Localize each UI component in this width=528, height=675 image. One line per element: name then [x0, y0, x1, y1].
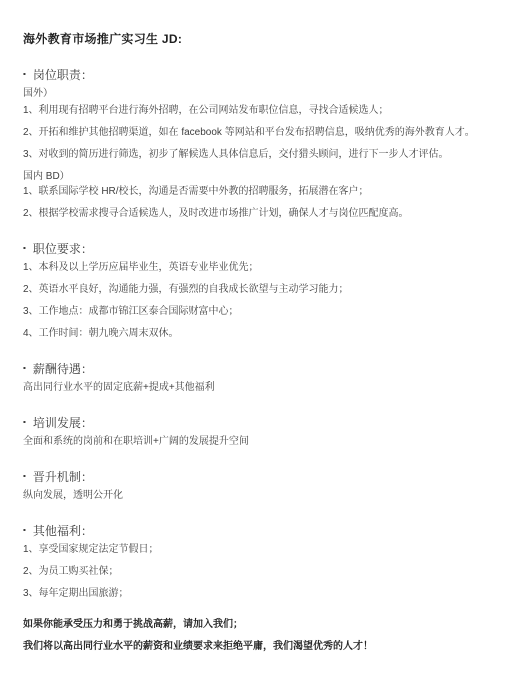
square-bullet-icon: ▪: [23, 473, 26, 481]
section-heading-label: 职位要求：: [33, 242, 93, 256]
section-heading-training: ▪ 培训发展：: [23, 416, 504, 430]
subheading-domestic-bd: 国内 BD）: [23, 170, 504, 183]
list-item: 1、本科及以上学历应届毕业生，英语专业毕业优先；: [23, 261, 504, 274]
closing-line-1: 如果你能承受压力和勇于挑战高薪，请加入我们；: [23, 618, 504, 631]
section-heading-label: 薪酬待遇：: [33, 362, 93, 376]
list-item: 1、联系国际学校 HR/校长，沟通是否需要中外教的招聘服务，拓展潜在客户；: [23, 185, 504, 198]
paragraph: 全面和系统的岗前和在职培训+广阔的发展提升空间: [23, 435, 504, 448]
section-job-requirements: ▪ 职位要求： 1、本科及以上学历应届毕业生，英语专业毕业优先； 2、英语水平良…: [23, 242, 504, 340]
section-heading-promotion: ▪ 晋升机制：: [23, 470, 504, 484]
paragraph: 纵向发展，透明公开化: [23, 489, 504, 502]
list-item: 1、利用现有招聘平台进行海外招聘，在公司网站发布职位信息，寻找合适候选人；: [23, 104, 504, 117]
list-item: 2、英语水平良好，沟通能力强，有强烈的自我成长欲望与主动学习能力；: [23, 283, 504, 296]
list-item: 3、对收到的简历进行筛选，初步了解候选人具体信息后，交付猎头顾问，进行下一步人才…: [23, 148, 504, 161]
section-salary: ▪ 薪酬待遇： 高出同行业水平的固定底薪+提成+其他福利: [23, 362, 504, 394]
section-heading-label: 其他福利：: [33, 524, 93, 538]
square-bullet-icon: ▪: [23, 527, 26, 535]
list-item: 3、工作地点：成都市锦江区泰合国际财富中心；: [23, 305, 504, 318]
square-bullet-icon: ▪: [23, 71, 26, 79]
list-item: 3、每年定期出国旅游；: [23, 587, 504, 600]
list-item: 2、根据学校需求搜寻合适候选人，及时改进市场推广计划，确保人才与岗位匹配度高。: [23, 207, 504, 220]
section-training: ▪ 培训发展： 全面和系统的岗前和在职培训+广阔的发展提升空间: [23, 416, 504, 448]
section-heading-label: 培训发展：: [33, 416, 93, 430]
square-bullet-icon: ▪: [23, 245, 26, 253]
section-heading-other-benefits: ▪ 其他福利：: [23, 524, 504, 538]
section-heading-job-duties: ▪ 岗位职责：: [23, 68, 504, 82]
section-heading-salary: ▪ 薪酬待遇：: [23, 362, 504, 376]
closing-line-2: 我们将以高出同行业水平的薪资和业绩要求来拒绝平庸，我们渴望优秀的人才！: [23, 640, 504, 653]
section-other-benefits: ▪ 其他福利： 1、享受国家规定法定节假日； 2、为员工购买社保； 3、每年定期…: [23, 524, 504, 600]
section-heading-label: 岗位职责：: [33, 68, 93, 82]
square-bullet-icon: ▪: [23, 419, 26, 427]
subheading-overseas: 国外）: [23, 87, 504, 100]
section-promotion: ▪ 晋升机制： 纵向发展，透明公开化: [23, 470, 504, 502]
square-bullet-icon: ▪: [23, 365, 26, 373]
closing-statement: 如果你能承受压力和勇于挑战高薪，请加入我们； 我们将以高出同行业水平的薪资和业绩…: [23, 618, 504, 653]
section-heading-job-requirements: ▪ 职位要求：: [23, 242, 504, 256]
list-item: 2、为员工购买社保；: [23, 565, 504, 578]
list-item: 2、开拓和维护其他招聘渠道，如在 facebook 等网站和平台发布招聘信息，吸…: [23, 126, 504, 139]
section-job-duties: ▪ 岗位职责： 国外） 1、利用现有招聘平台进行海外招聘，在公司网站发布职位信息…: [23, 68, 504, 220]
paragraph: 高出同行业水平的固定底薪+提成+其他福利: [23, 381, 504, 394]
list-item: 1、享受国家规定法定节假日；: [23, 543, 504, 556]
section-heading-label: 晋升机制：: [33, 470, 93, 484]
jd-document: 海外教育市场推广实习生 JD: ▪ 岗位职责： 国外） 1、利用现有招聘平台进行…: [0, 0, 528, 675]
document-title: 海外教育市场推广实习生 JD:: [23, 32, 504, 46]
list-item: 4、工作时间：朝九晚六周末双休。: [23, 327, 504, 340]
